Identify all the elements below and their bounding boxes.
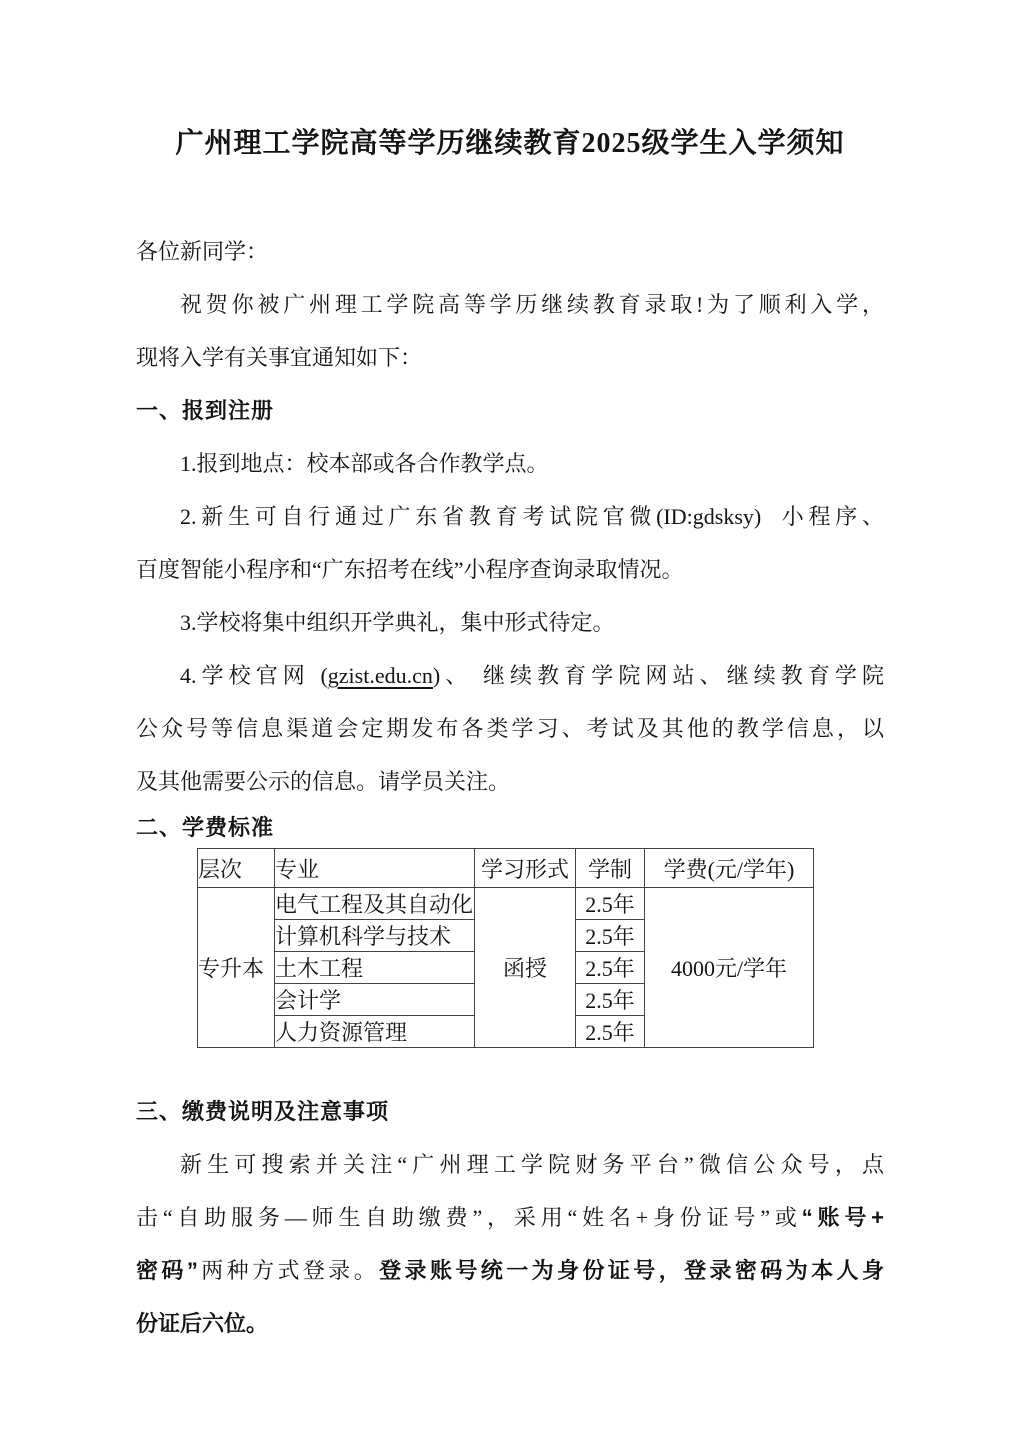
- section1-item3: 3.学校将集中组织开学典礼，集中形式待定。: [136, 596, 884, 649]
- section1-heading: 一、报到注册: [136, 384, 884, 437]
- line3-bold-2: 登录账号统一为身份证号，登录密码为本人身: [379, 1258, 884, 1283]
- section1-item2-line2: 百度智能小程序和“广东招考在线”小程序查询录取情况。: [136, 543, 884, 596]
- header-major: 专业: [275, 849, 475, 888]
- cell-major: 计算机科学与技术: [275, 920, 475, 952]
- section3-line3: 密码”两种方式登录。登录账号统一为身份证号，登录密码为本人身: [136, 1244, 884, 1297]
- item4-suffix: )、 继续教育学院网站、继续教育学院: [433, 663, 884, 688]
- page-title: 广州理工学院高等学历继续教育2025级学生入学须知: [136, 116, 884, 172]
- cell-fee: 4000元/学年: [645, 888, 814, 1048]
- section3-line2: 击“自助服务—师生自助缴费”，采用“姓名+身份证号”或“账号+: [136, 1191, 884, 1244]
- cell-major: 土木工程: [275, 952, 475, 984]
- salutation: 各位新同学：: [136, 225, 884, 278]
- table-row: 专升本 电气工程及其自动化 函授 2.5年 4000元/学年: [198, 888, 814, 920]
- line2-regular: 击“自助服务—师生自助缴费”，采用“姓名+身份证号”或: [136, 1205, 802, 1230]
- header-fee: 学费(元/学年): [645, 849, 814, 888]
- section1-item4-line1: 4.学校官网 (gzist.edu.cn)、 继续教育学院网站、继续教育学院: [136, 649, 884, 702]
- header-level: 层次: [198, 849, 275, 888]
- cell-major: 电气工程及其自动化: [275, 888, 475, 920]
- cell-duration: 2.5年: [576, 920, 645, 952]
- section3-line4: 份证后六位。: [136, 1297, 884, 1350]
- tuition-table: 层次 专业 学习形式 学制 学费(元/学年) 专升本 电气工程及其自动化 函授 …: [197, 848, 814, 1048]
- section2-heading: 二、学费标准: [136, 808, 884, 848]
- cell-duration: 2.5年: [576, 888, 645, 920]
- section3-line1: 新生可搜索并关注“广州理工学院财务平台”微信公众号，点: [136, 1138, 884, 1191]
- cell-level: 专升本: [198, 888, 275, 1048]
- line3-regular: 两种方式登录。: [198, 1258, 379, 1283]
- table-header-row: 层次 专业 学习形式 学制 学费(元/学年): [198, 849, 814, 888]
- item4-prefix: 4.学校官网 (: [180, 663, 328, 688]
- cell-major: 人力资源管理: [275, 1016, 475, 1048]
- section1-item2-line1: 2.新生可自行通过广东省教育考试院官微(ID:gdsksy) 小程序、: [136, 490, 884, 543]
- document-page: 广州理工学院高等学历继续教育2025级学生入学须知 各位新同学： 祝贺你被广州理…: [0, 0, 1024, 1431]
- section1-item4-line3: 及其他需要公示的信息。请学员关注。: [136, 755, 884, 808]
- line4-bold: 份证后六位。: [136, 1311, 268, 1336]
- section3-heading: 三、缴费说明及注意事项: [136, 1085, 884, 1138]
- cell-study-form: 函授: [475, 888, 576, 1048]
- cell-major: 会计学: [275, 984, 475, 1016]
- line2-bold: “账号+: [802, 1205, 884, 1230]
- cell-duration: 2.5年: [576, 984, 645, 1016]
- header-study-form: 学习形式: [475, 849, 576, 888]
- cell-duration: 2.5年: [576, 952, 645, 984]
- intro-line-2: 现将入学有关事宜通知如下：: [136, 331, 884, 384]
- cell-duration: 2.5年: [576, 1016, 645, 1048]
- intro-line-1: 祝贺你被广州理工学院高等学历继续教育录取!为了顺利入学，: [136, 278, 884, 331]
- line3-bold-1: 密码”: [136, 1258, 198, 1283]
- section1-item4-line2: 公众号等信息渠道会定期发布各类学习、考试及其他的教学信息，以: [136, 702, 884, 755]
- school-website-link[interactable]: gzist.edu.cn: [328, 663, 433, 688]
- header-duration: 学制: [576, 849, 645, 888]
- section1-item1: 1.报到地点：校本部或各合作教学点。: [136, 437, 884, 490]
